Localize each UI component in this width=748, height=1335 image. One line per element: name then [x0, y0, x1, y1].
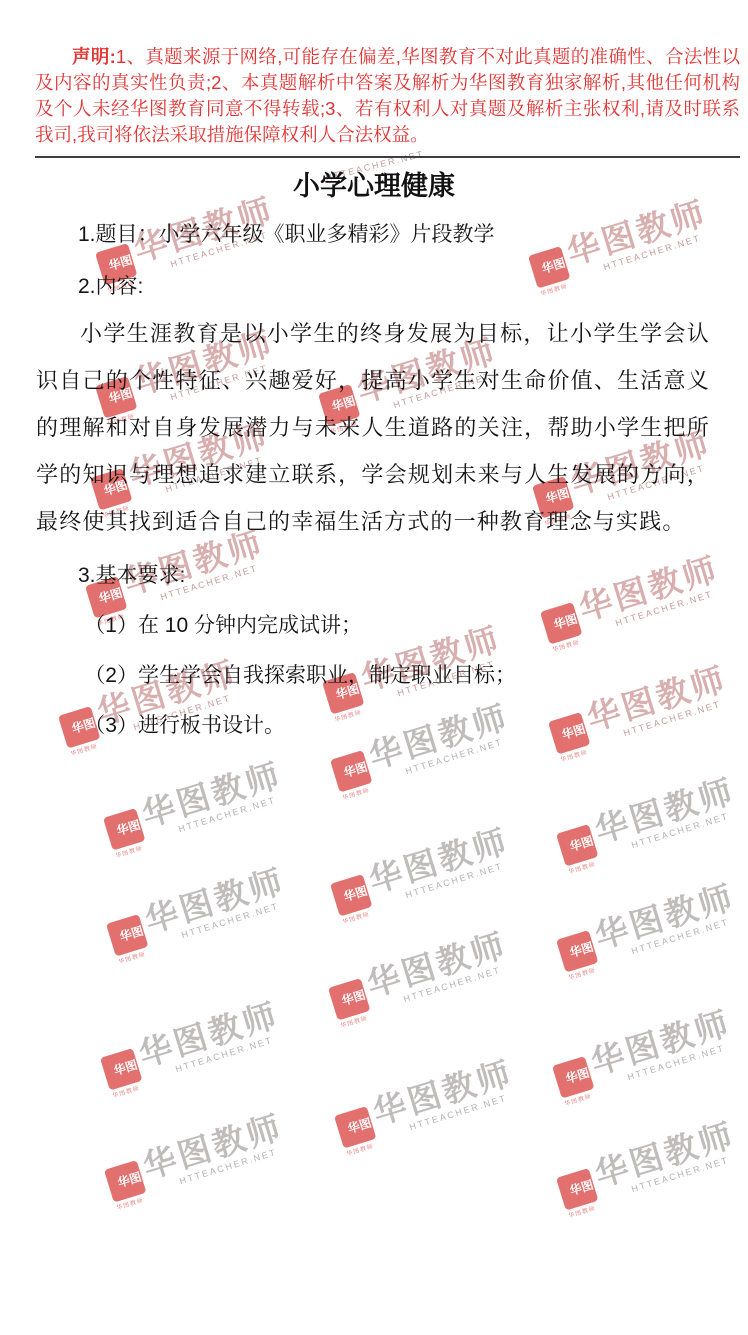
huatu-logo-glyph: 华图 — [564, 1069, 582, 1086]
huatu-watermark: 华图华图教师华图教师HTTEACHER.NET — [552, 1012, 738, 1102]
huatu-logo-caption: 华图教师 — [111, 1083, 140, 1100]
huatu-logo-icon: 华图华图教师 — [100, 1048, 142, 1090]
huatu-logo-icon: 华图华图教师 — [104, 1160, 146, 1202]
requirement-item-3: （3）进行板书设计。 — [36, 711, 710, 741]
huatu-logo-icon: 华图华图教师 — [106, 914, 148, 956]
huatu-logo-glyph: 华图 — [342, 763, 360, 780]
content-label-line: 2.内容: — [36, 272, 710, 302]
huatu-logo-caption: 华图教师 — [115, 1195, 144, 1212]
disclaimer-body: 1、真题来源于网络,可能存在偏差,华图教育不对此真题的准确性、合法性以及内容的真… — [35, 46, 740, 145]
huatu-logo-icon: 华图华图教师 — [556, 824, 598, 866]
huatu-logo-glyph: 华图 — [118, 927, 136, 944]
huatu-logo-icon: 华图华图教师 — [334, 1106, 376, 1148]
huatu-logo-caption: 华图教师 — [341, 909, 370, 926]
huatu-logo-glyph: 华图 — [340, 991, 358, 1008]
huatu-logo-icon: 华图华图教师 — [556, 930, 598, 972]
huatu-logo-caption: 华图教师 — [69, 741, 98, 758]
huatu-logo-caption: 华图教师 — [563, 1091, 592, 1108]
huatu-watermark: 华图华图教师华图教师HTTEACHER.NET — [334, 1062, 520, 1152]
requirement-item-2: （2）学生学会自我探索职业，制定职业目标； — [36, 661, 710, 691]
huatu-logo-glyph: 华图 — [116, 1173, 134, 1190]
huatu-watermark: 华图华图教师华图教师HTTEACHER.NET — [104, 1116, 290, 1206]
huatu-logo-glyph: 华图 — [568, 1181, 586, 1198]
huatu-logo-caption: 华图教师 — [567, 1203, 596, 1220]
huatu-watermark: 华图华图教师华图教师HTTEACHER.NET — [556, 1124, 742, 1214]
huatu-watermark: 华图华图教师华图教师HTTEACHER.NET — [330, 830, 516, 920]
document-content: 声明:1、真题来源于网络,可能存在偏差,华图教育不对此真题的准确性、合法性以及内… — [0, 0, 748, 741]
huatu-watermark: 华图华图教师华图教师HTTEACHER.NET — [328, 934, 514, 1024]
requirements-heading: 3.基本要求: — [36, 561, 710, 591]
huatu-watermark: 华图华图教师华图教师HTTEACHER.NET — [556, 886, 742, 976]
huatu-logo-caption: 华图教师 — [339, 1013, 368, 1030]
huatu-logo-icon: 华图华图教师 — [330, 750, 372, 792]
content-paragraph: 小学生涯教育是以小学生的终身发展为目标，让小学生学会认识自己的个性特征、兴趣爱好… — [36, 310, 710, 545]
huatu-logo-caption: 华图教师 — [341, 785, 370, 802]
huatu-logo-icon: 华图华图教师 — [103, 808, 145, 850]
huatu-logo-caption: 华图教师 — [567, 965, 596, 982]
huatu-watermark: 华图华图教师华图教师HTTEACHER.NET — [556, 780, 742, 870]
huatu-logo-caption: 华图教师 — [114, 843, 143, 860]
huatu-logo-icon: 华图华图教师 — [556, 1168, 598, 1210]
huatu-logo-glyph: 华图 — [112, 1061, 130, 1078]
huatu-watermark: 华图华图教师华图教师HTTEACHER.NET — [106, 870, 292, 960]
topic-line: 1.题目：小学六年级《职业多精彩》片段教学 — [36, 220, 710, 250]
huatu-logo-glyph: 华图 — [568, 943, 586, 960]
huatu-logo-glyph: 华图 — [568, 837, 586, 854]
huatu-logo-icon: 华图华图教师 — [328, 978, 370, 1020]
huatu-logo-glyph: 华图 — [346, 1119, 364, 1136]
disclaimer-text: 声明:1、真题来源于网络,可能存在偏差,华图教育不对此真题的准确性、合法性以及内… — [35, 0, 740, 148]
huatu-logo-caption: 华图教师 — [117, 949, 146, 966]
huatu-logo-caption: 华图教师 — [567, 859, 596, 876]
huatu-logo-caption: 华图教师 — [345, 1141, 374, 1158]
header-divider — [35, 156, 740, 158]
disclaimer-label: 声明: — [72, 46, 116, 67]
huatu-logo-caption: 华图教师 — [559, 747, 588, 764]
huatu-watermark: 华图华图教师华图教师HTTEACHER.NET — [103, 764, 289, 854]
huatu-logo-glyph: 华图 — [342, 887, 360, 904]
document-page: 华图华图教师华图教师HTTEACHER.NET华图华图教师华图教师HTTEACH… — [0, 0, 748, 1335]
huatu-logo-glyph: 华图 — [115, 821, 133, 838]
huatu-logo-icon: 华图华图教师 — [330, 874, 372, 916]
requirement-item-1: （1）在 10 分钟内完成试讲； — [36, 611, 710, 641]
huatu-watermark: 华图华图教师华图教师HTTEACHER.NET — [100, 1004, 286, 1094]
huatu-logo-icon: 华图华图教师 — [552, 1056, 594, 1098]
page-title: 小学心理健康 — [0, 168, 748, 204]
